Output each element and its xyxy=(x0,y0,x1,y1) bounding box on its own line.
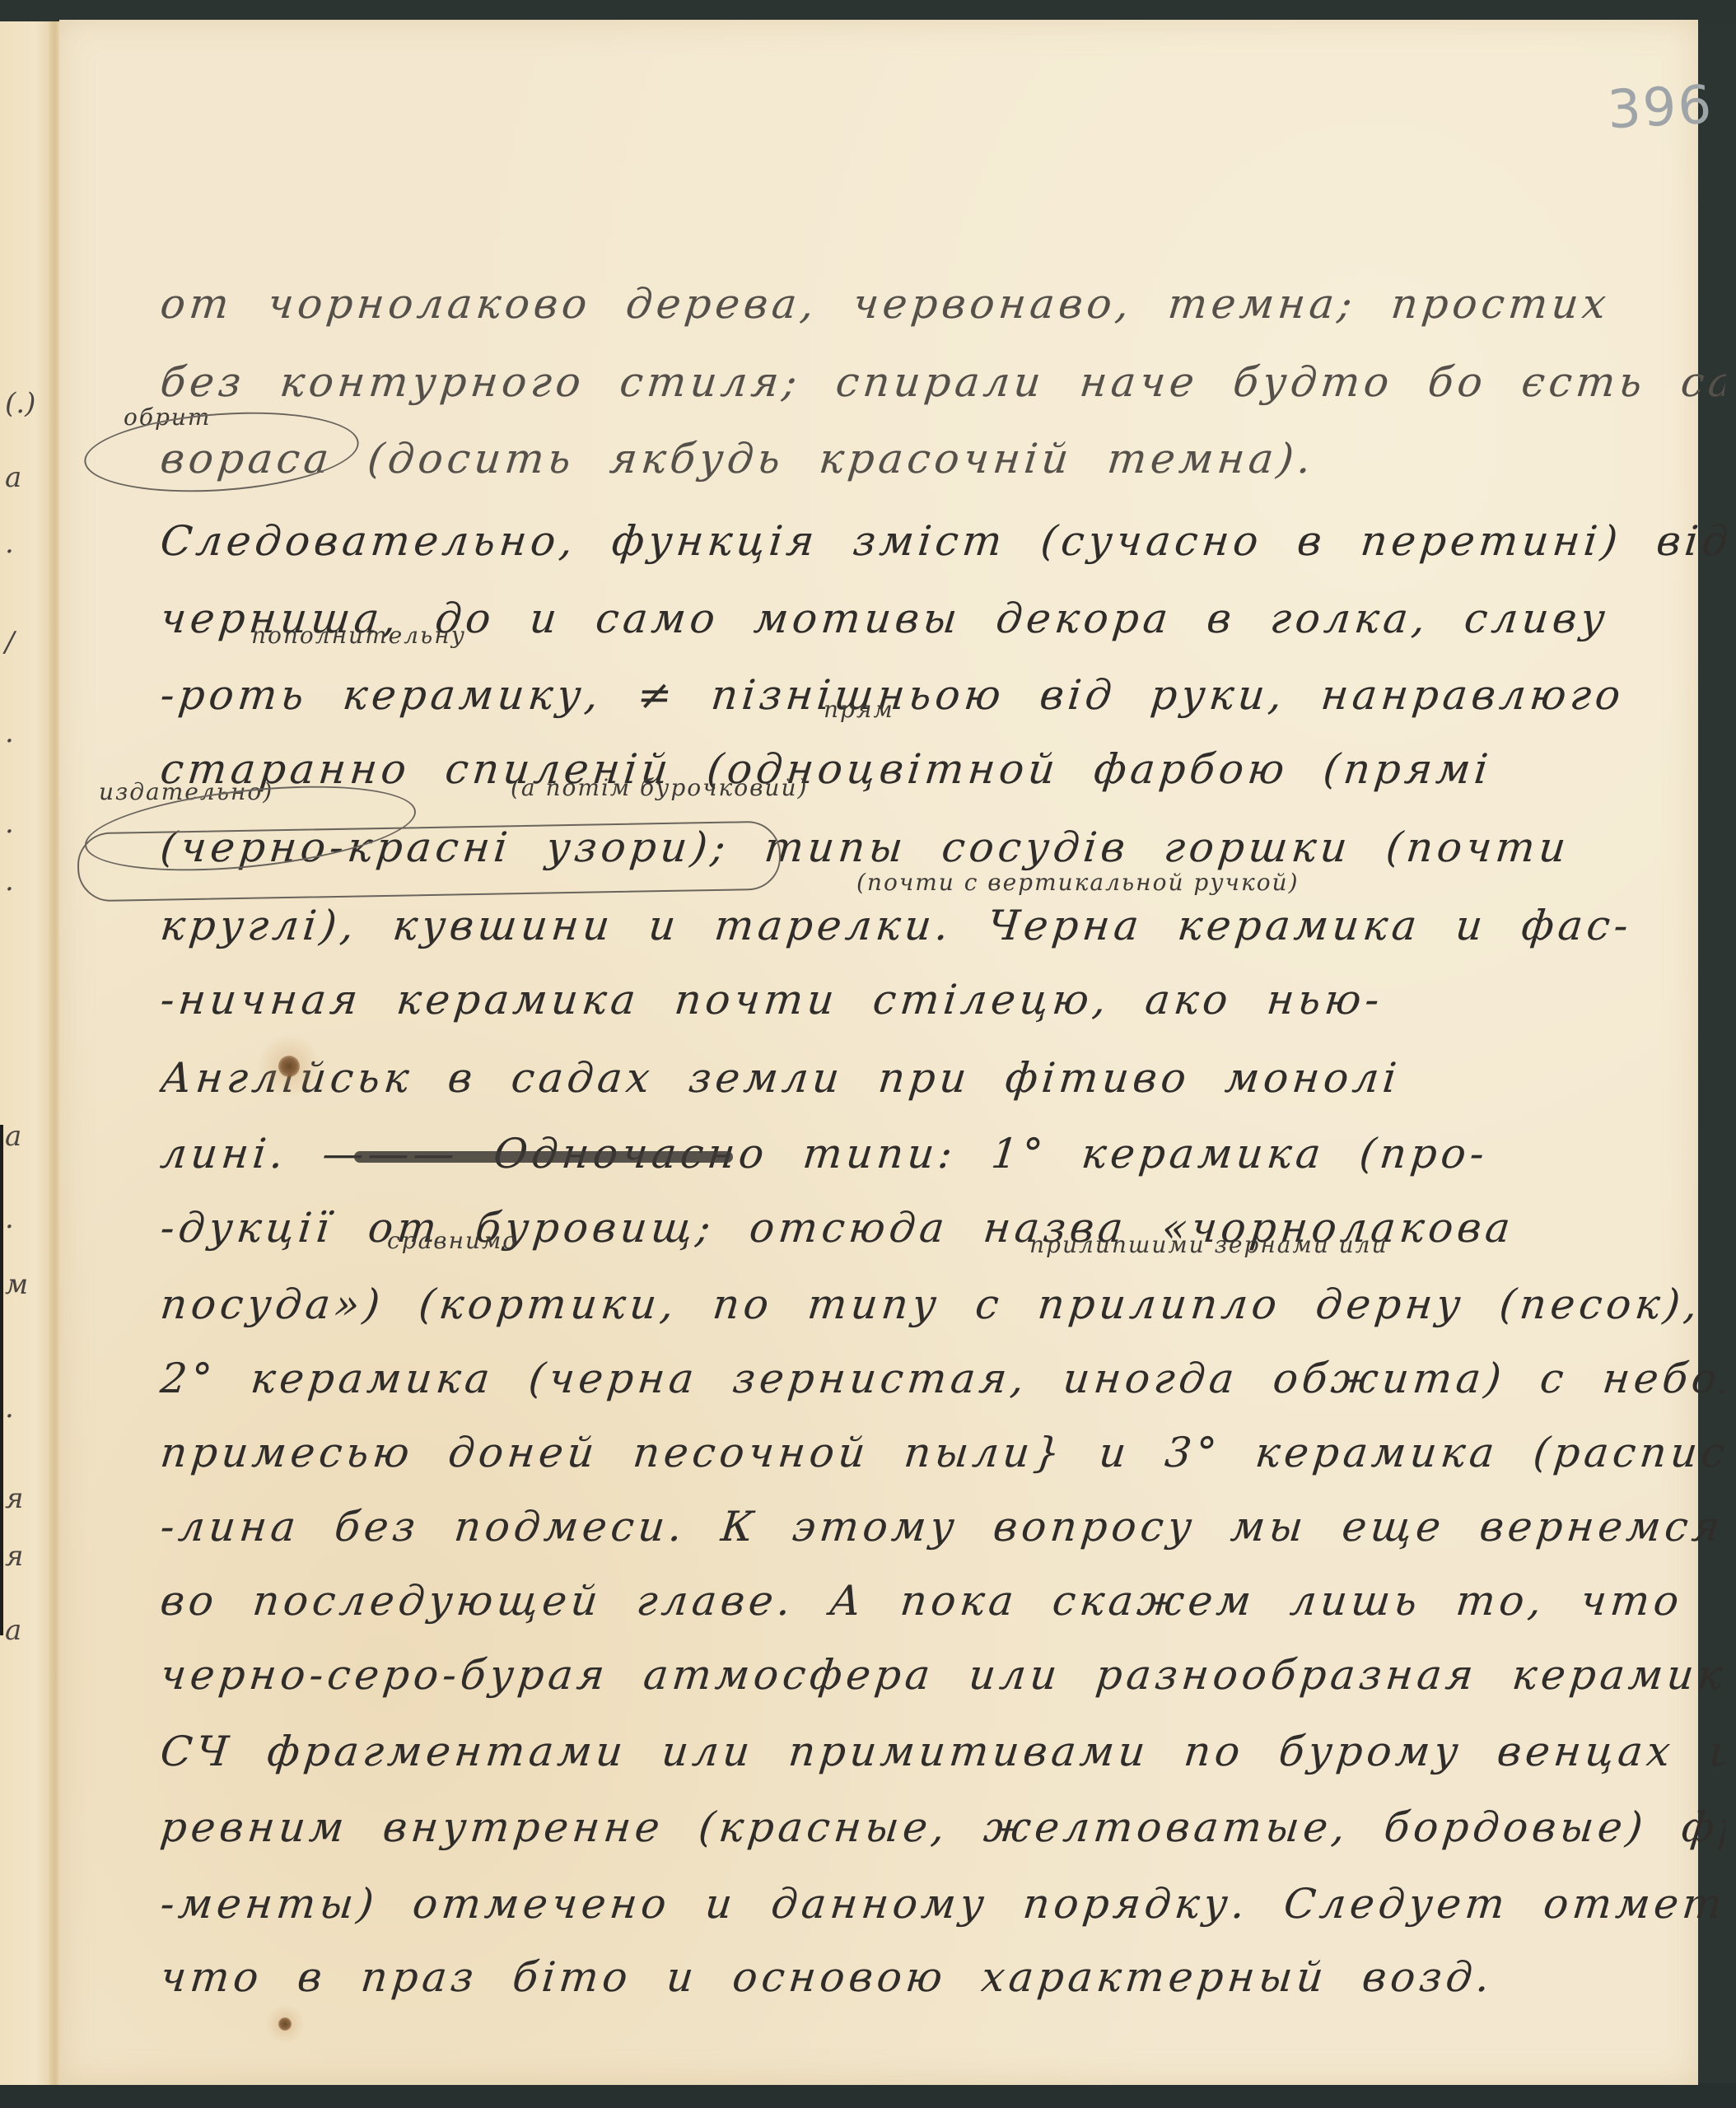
left-page-text-fragment: м xyxy=(5,1268,28,1301)
interlinear-note: пополнительну xyxy=(251,622,466,649)
handwritten-line: круглі), кувшини и тарелки. Черна керами… xyxy=(158,902,1728,949)
left-page-text-fragment: · xyxy=(5,1400,14,1433)
handwritten-line: 2° керамика (черна зернистая, иногда обж… xyxy=(158,1355,1728,1402)
left-page-edge-shadow xyxy=(0,1125,3,1635)
interlinear-note: сравнимо xyxy=(387,1227,518,1254)
ink-stain xyxy=(278,1056,300,1077)
adjacent-left-page: (.)а·/···а·м·яяа xyxy=(0,21,51,2085)
left-page-text-fragment: а xyxy=(5,1120,21,1153)
circled-annotation-cherno-krasnye xyxy=(77,821,781,902)
left-page-text-fragment: · xyxy=(5,725,14,758)
left-page-text-fragment: а xyxy=(5,1614,21,1647)
handwritten-line: вораса (досить якбудь красочній темна). xyxy=(158,435,1728,483)
interlinear-note: (почти с вертикальной ручкой) xyxy=(856,869,1300,896)
handwritten-line: -роть керамику, ≠ пізнішньою від руки, н… xyxy=(158,671,1728,719)
page-number: 396 xyxy=(1606,75,1715,142)
ink-stain xyxy=(278,2017,292,2031)
handwritten-line: Следовательно, функція зміст (сучасно в … xyxy=(158,517,1728,565)
handwritten-line: Англійськ в садах земли при фітиво монол… xyxy=(158,1054,1728,1102)
interlinear-note: (а потім бурочковий) xyxy=(511,774,808,801)
strikethrough-blot xyxy=(354,1151,733,1163)
left-page-text-fragment: · xyxy=(5,535,14,568)
handwritten-line: от чорнолаково дерева, червонаво, темна;… xyxy=(158,280,1728,328)
mount-background-bottom xyxy=(0,2083,1736,2108)
handwritten-line: черно-серо-бурая атмосфера или разнообра… xyxy=(158,1651,1728,1699)
handwritten-line: ревним внутренне (красные, желтоватые, б… xyxy=(158,1803,1728,1851)
handwritten-line: -менты) отмечено и данному порядку. След… xyxy=(158,1880,1728,1928)
handwritten-line: посуда») (кортики, по типу с прилипло де… xyxy=(158,1280,1728,1328)
handwritten-line: -лина без подмеси. К этому вопросу мы ещ… xyxy=(158,1503,1728,1551)
left-page-text-fragment: я xyxy=(5,1482,24,1515)
handwritten-line: что в праз біто и основою характерный во… xyxy=(158,1953,1728,2001)
left-page-text-fragment: · xyxy=(5,1210,14,1243)
handwritten-line: без контурного стиля; спирали наче будто… xyxy=(158,358,1728,406)
left-page-text-fragment: (.) xyxy=(5,387,35,420)
interlinear-note: прилипшими зернами или xyxy=(1029,1231,1388,1258)
handwritten-line: СЧ фрагментами или примитивами по бурому… xyxy=(158,1728,1728,1775)
left-page-text-fragment: / xyxy=(5,626,14,659)
interlinear-note: прям xyxy=(824,696,894,723)
left-page-text-fragment: а xyxy=(5,461,21,494)
handwritten-line: -ничная керамика почти стілецю, ако нью- xyxy=(158,976,1728,1024)
left-page-text-fragment: · xyxy=(5,815,14,848)
manuscript-scan: (.)а·/···а·м·яяа 396 от чорнолаково дере… xyxy=(0,0,1736,2108)
left-page-text-fragment: я xyxy=(5,1540,24,1573)
handwritten-line: примесью доней песочной пыли} и 3° керам… xyxy=(158,1429,1728,1476)
handwritten-line: во последующей главе. А пока скажем лишь… xyxy=(158,1577,1728,1625)
manuscript-page: 396 от чорнолаково дерева, червонаво, те… xyxy=(59,20,1698,2085)
handwritten-line: старанно спиленій (одноцвітной фарбою (п… xyxy=(158,745,1728,793)
left-page-text-fragment: · xyxy=(5,873,14,906)
